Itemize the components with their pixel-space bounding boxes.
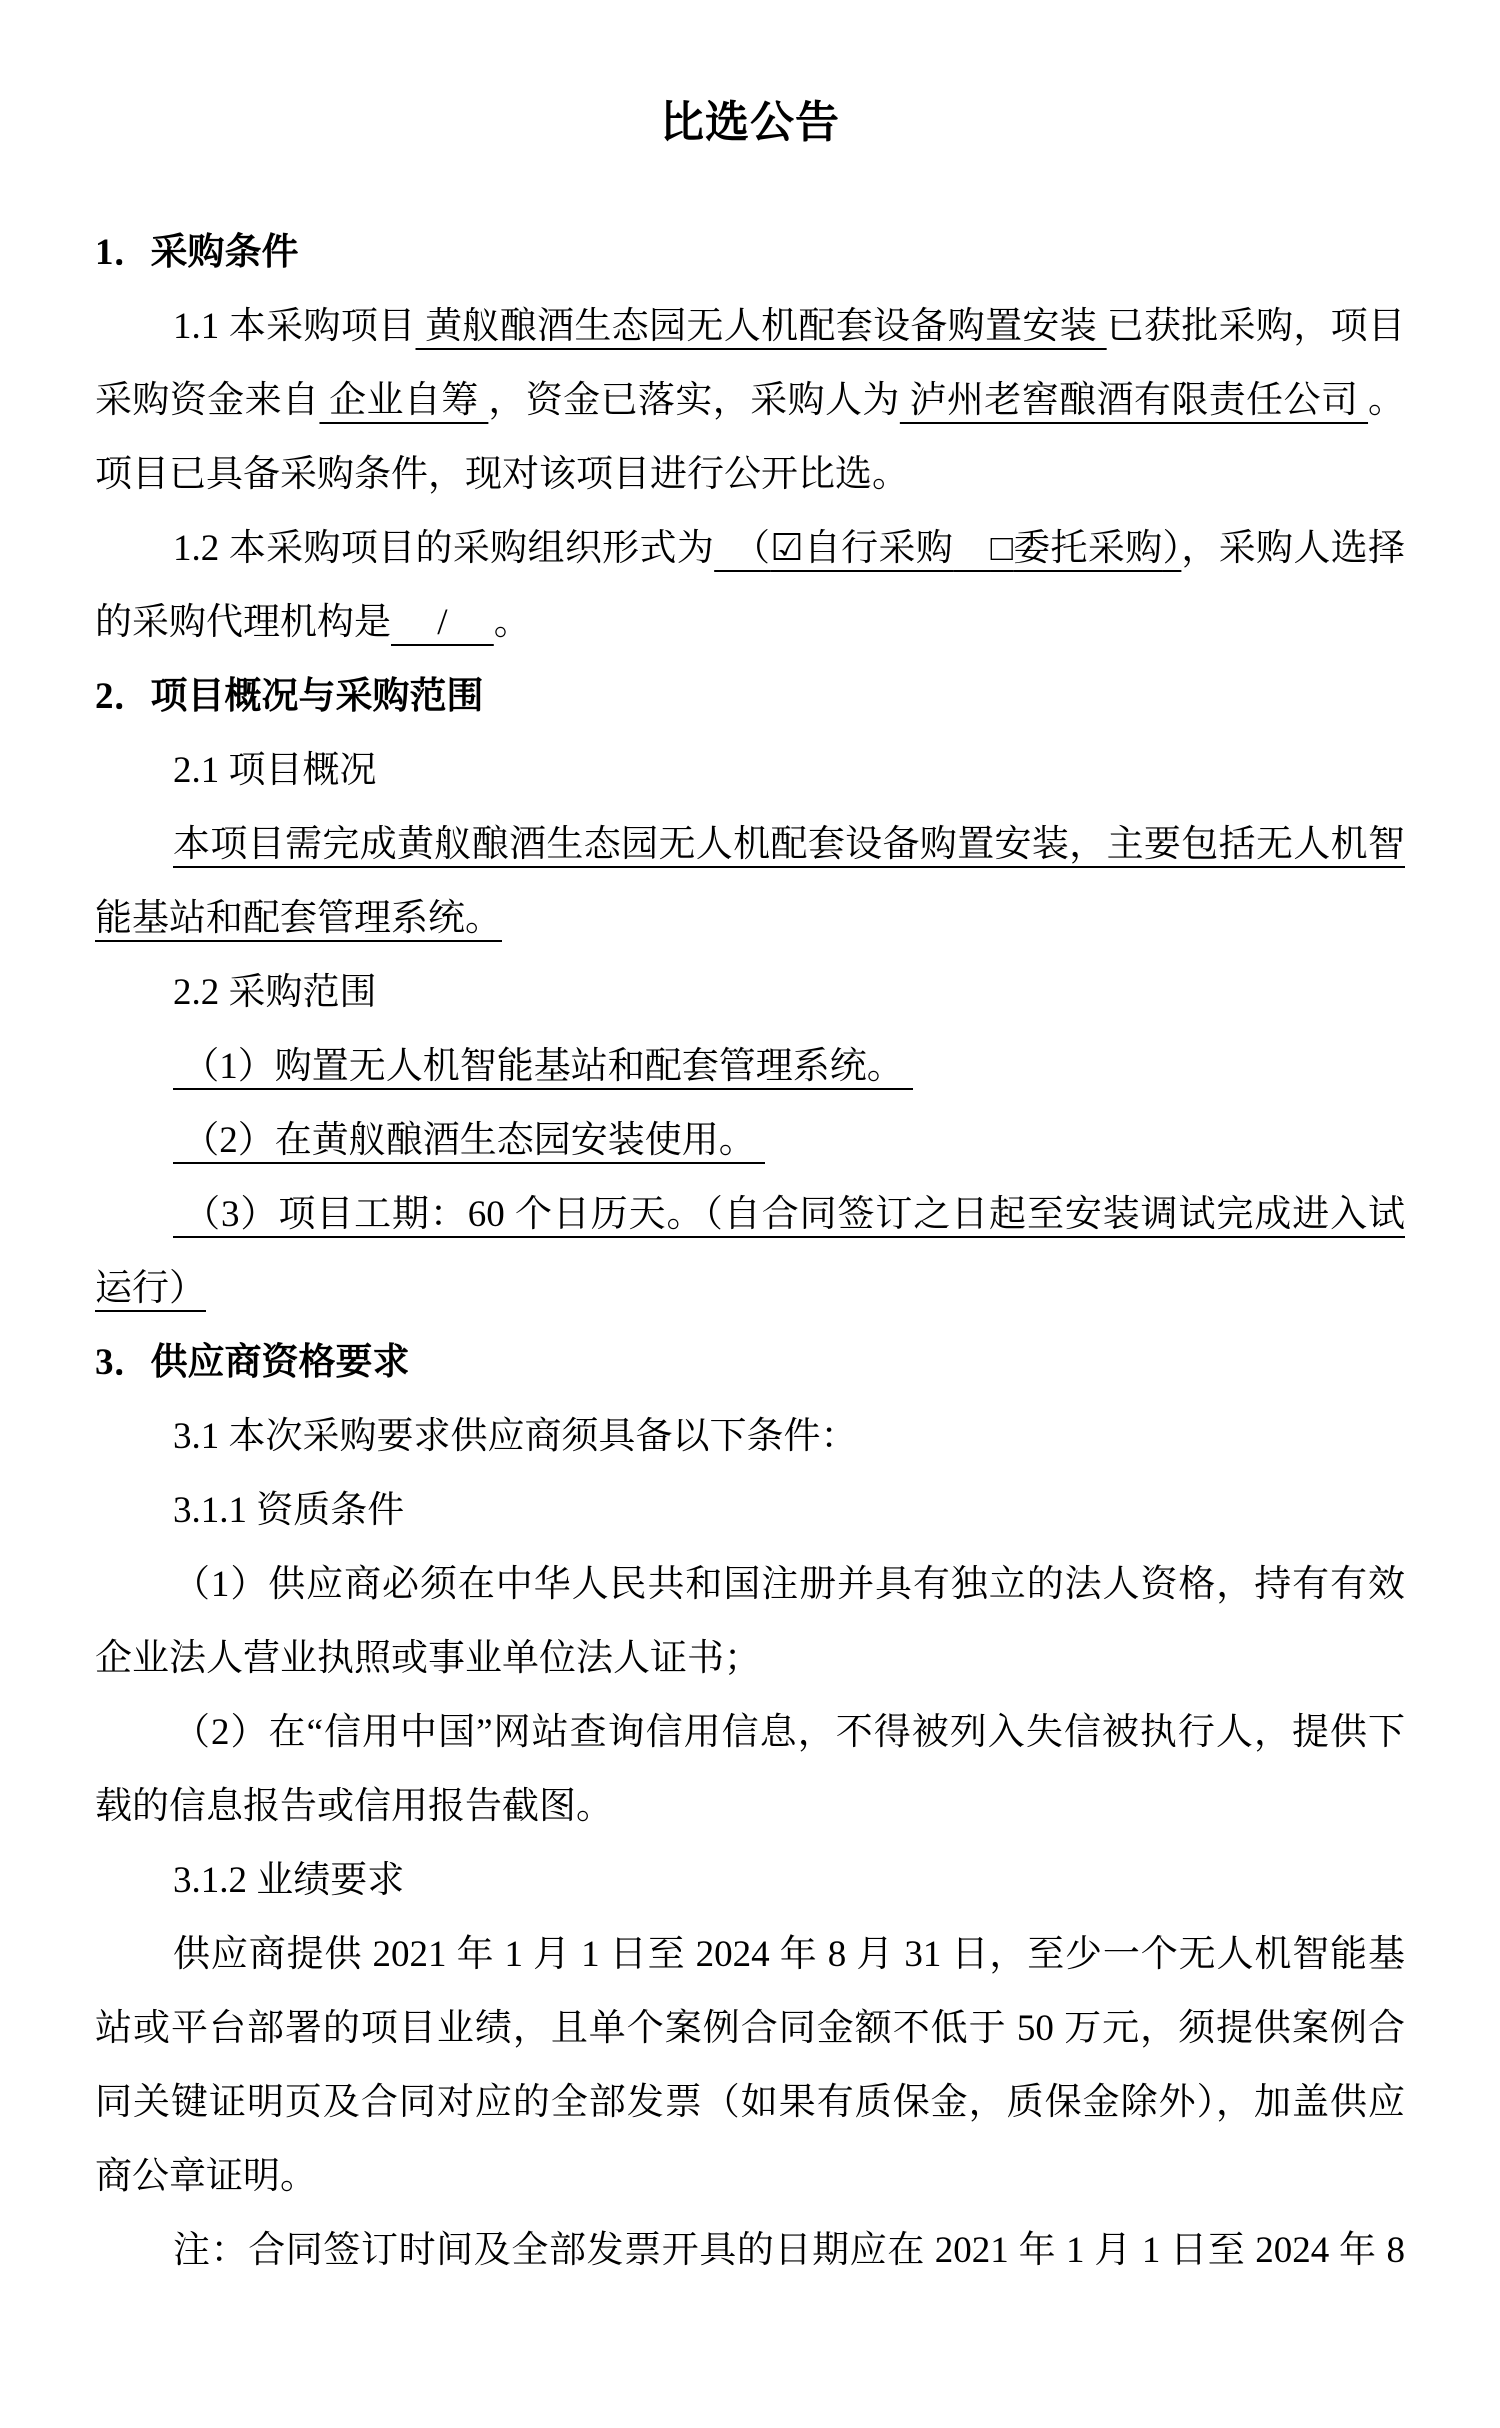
checkbox-unchecked-icon: □ <box>991 528 1014 569</box>
subsection-3-1-2-heading: 3.1.2 业绩要求 <box>95 1844 1405 1918</box>
scope-item-1-text: （1）购置无人机智能基站和配套管理系统。 <box>173 1046 913 1087</box>
note-paragraph: 注：合同签订时间及全部发票开具的日期应在 2021 年 1 月 1 日至 202… <box>95 2214 1405 2288</box>
blank-agency-slash: / <box>391 602 494 643</box>
section-2-heading: 2．项目概况与采购范围 <box>95 660 1405 734</box>
subsection-2-1-heading: 2.1 项目概况 <box>95 734 1405 808</box>
section-3-heading: 3．供应商资格要求 <box>95 1326 1405 1400</box>
scope-item-2-text: （2）在黄舣酿酒生态园安装使用。 <box>173 1120 765 1161</box>
checkbox-checked-icon: ☑ <box>770 528 803 569</box>
scope-item-3: （3）项目工期：60 个日历天。（自合同签订之日起至安装调试完成进入试运行） <box>95 1178 1405 1326</box>
scope-item-2: （2）在黄舣酿酒生态园安装使用。 <box>95 1104 1405 1178</box>
subsection-2-2-heading: 2.2 采购范围 <box>95 956 1405 1030</box>
performance-requirement-paragraph: 供应商提供 2021 年 1 月 1 日至 2024 年 8 月 31 日，至少… <box>95 1918 1405 2214</box>
scope-item-1: （1）购置无人机智能基站和配套管理系统。 <box>95 1030 1405 1104</box>
qualification-item-2: （2）在“信用中国”网站查询信用信息，不得被列入失信被执行人，提供下载的信息报告… <box>95 1696 1405 1844</box>
document-page: 比选公告 1．采购条件 1.1 本采购项目 黄舣酿酒生态园无人机配套设备购置安装… <box>0 0 1500 2428</box>
subsection-3-1-intro: 3.1 本次采购要求供应商须具备以下条件： <box>95 1400 1405 1474</box>
para-1-1-mid-2: ，资金已落实，采购人为 <box>488 380 899 421</box>
para-1-2-end: 。 <box>494 602 531 643</box>
org-form-close-paren: ） <box>1163 528 1182 569</box>
para-1-1-lead: 1.1 本采购项目 <box>173 306 416 347</box>
option-self-procurement: 自行采购 <box>804 528 954 569</box>
page-title: 比选公告 <box>95 86 1405 160</box>
blank-funding-source: 企业自筹 <box>319 380 488 421</box>
blank-project-name: 黄舣酿酒生态园无人机配套设备购置安装 <box>416 306 1107 347</box>
project-overview-text: 本项目需完成黄舣酿酒生态园无人机配套设备购置安装，主要包括无人机智能基站和配套管… <box>95 824 1405 939</box>
project-overview-paragraph: 本项目需完成黄舣酿酒生态园无人机配套设备购置安装，主要包括无人机智能基站和配套管… <box>95 808 1405 956</box>
para-1-1: 1.1 本采购项目 黄舣酿酒生态园无人机配套设备购置安装 已获批采购，项目采购资… <box>95 290 1405 512</box>
blank-purchaser-name: 泸州老窖酿酒有限责任公司 <box>900 380 1368 421</box>
org-form-open-paren: （ <box>714 528 770 569</box>
option-delegated-procurement: 委托采购 <box>1013 528 1162 569</box>
section-1-heading: 1．采购条件 <box>95 216 1405 290</box>
para-1-2: 1.2 本采购项目的采购组织形式为 （☑自行采购 □委托采购），采购人选择的采购… <box>95 512 1405 660</box>
option-gap <box>953 528 990 569</box>
scope-item-3-text: （3）项目工期：60 个日历天。（自合同签订之日起至安装调试完成进入试运行） <box>95 1194 1405 1309</box>
qualification-item-1: （1）供应商必须在中华人民共和国注册并具有独立的法人资格，持有有效企业法人营业执… <box>95 1548 1405 1696</box>
para-1-2-lead: 1.2 本采购项目的采购组织形式为 <box>173 528 714 569</box>
blank-organization-form: （☑自行采购 □委托采购） <box>714 528 1181 569</box>
subsection-3-1-1-heading: 3.1.1 资质条件 <box>95 1474 1405 1548</box>
